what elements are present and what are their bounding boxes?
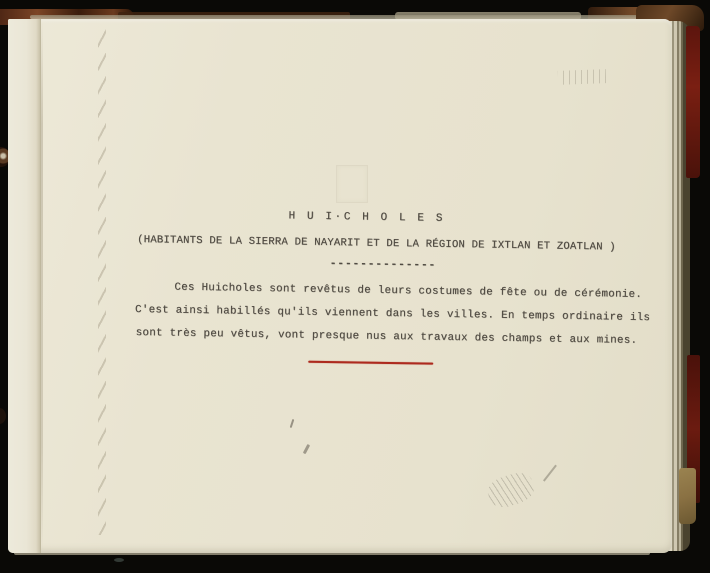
document-title: H U I·C H O L E S: [288, 210, 445, 224]
document-subtitle: (HABITANTS DE LA SIERRA DE NAYARIT ET DE…: [137, 234, 616, 254]
dashed-separator: --------------: [330, 258, 437, 272]
cover-corner-bottom-right: [679, 468, 696, 524]
faint-pencil-notation: [558, 69, 606, 85]
paragraph-line-1: Ces Huicholes sont revêtus de leurs cost…: [174, 282, 642, 301]
paragraph-line-3: sont très peu vêtus, vont presque nus au…: [136, 327, 638, 347]
typed-text-block: H U I·C H O L E S (HABITANTS DE LA SIERR…: [3, 17, 675, 561]
cover-edge-upper: [686, 26, 700, 178]
paragraph-line-2: C'est ainsi habillés qu'ils viennent dan…: [135, 304, 650, 324]
red-ink-underline: [308, 361, 433, 365]
debris-speck: [114, 558, 124, 562]
book-photo-scene: H U I·C H O L E S (HABITANTS DE LA SIERR…: [0, 0, 710, 573]
album-page: H U I·C H O L E S (HABITANTS DE LA SIERR…: [8, 19, 672, 553]
